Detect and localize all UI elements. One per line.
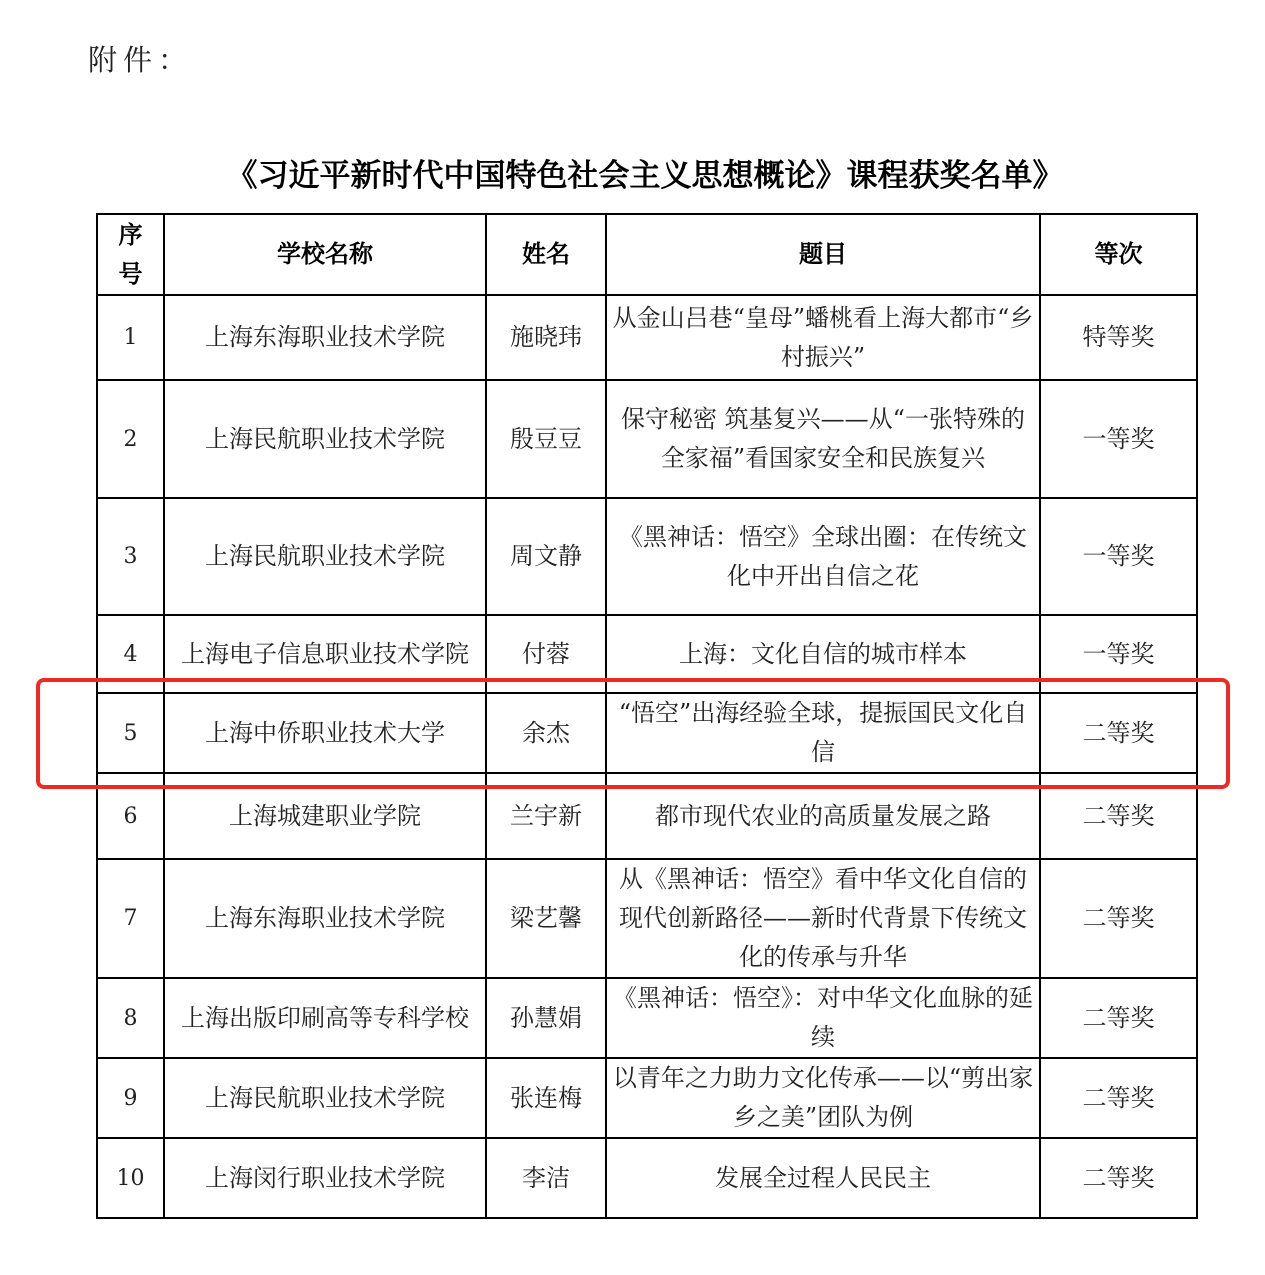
table-row: 6上海城建职业学院兰宇新都市现代农业的高质量发展之路二等奖 [97, 773, 1197, 859]
cell-school: 上海出版印刷高等专科学校 [164, 978, 486, 1058]
cell-name: 付蓉 [486, 615, 606, 693]
table-row: 9上海民航职业技术学院张连梅以青年之力助力文化传承——以“剪出家乡之美”团队为例… [97, 1058, 1197, 1138]
header-seq: 序号 [97, 214, 164, 295]
table-row: 8上海出版印刷高等专科学校孙慧娟《黑神话：悟空》：对中华文化血脉的延续二等奖 [97, 978, 1197, 1058]
cell-award: 一等奖 [1040, 615, 1197, 693]
cell-name: 兰宇新 [486, 773, 606, 859]
cell-school: 上海电子信息职业技术学院 [164, 615, 486, 693]
cell-school: 上海东海职业技术学院 [164, 295, 486, 380]
cell-name: 梁艺馨 [486, 859, 606, 978]
attachment-label: 附件： [88, 38, 193, 79]
cell-award: 一等奖 [1040, 380, 1197, 498]
cell-name: 施晓玮 [486, 295, 606, 380]
table-row: 10上海闵行职业技术学院李洁发展全过程人民民主二等奖 [97, 1138, 1197, 1218]
header-name: 姓名 [486, 214, 606, 295]
cell-seq: 8 [97, 978, 164, 1058]
cell-school: 上海民航职业技术学院 [164, 498, 486, 615]
header-topic: 题目 [606, 214, 1040, 295]
header-school: 学校名称 [164, 214, 486, 295]
cell-seq: 7 [97, 859, 164, 978]
cell-award: 二等奖 [1040, 978, 1197, 1058]
table-row: 4上海电子信息职业技术学院付蓉上海：文化自信的城市样本一等奖 [97, 615, 1197, 693]
cell-topic: 从金山吕巷“皇母”蟠桃看上海大都市“乡村振兴” [606, 295, 1040, 380]
cell-topic: 保守秘密 筑基复兴——从“一张特殊的全家福”看国家安全和民族复兴 [606, 380, 1040, 498]
table-row: 1上海东海职业技术学院施晓玮从金山吕巷“皇母”蟠桃看上海大都市“乡村振兴”特等奖 [97, 295, 1197, 380]
cell-school: 上海中侨职业技术大学 [164, 693, 486, 773]
cell-seq: 3 [97, 498, 164, 615]
cell-award: 二等奖 [1040, 1058, 1197, 1138]
cell-topic: 上海：文化自信的城市样本 [606, 615, 1040, 693]
cell-name: 殷豆豆 [486, 380, 606, 498]
cell-school: 上海民航职业技术学院 [164, 1058, 486, 1138]
cell-seq: 9 [97, 1058, 164, 1138]
cell-seq: 2 [97, 380, 164, 498]
document-title: 《习近平新时代中国特色社会主义思想概论》课程获奖名单》 [0, 150, 1265, 195]
cell-seq: 6 [97, 773, 164, 859]
cell-topic: 都市现代农业的高质量发展之路 [606, 773, 1040, 859]
table-row: 3上海民航职业技术学院周文静《黑神话：悟空》全球出圈：在传统文化中开出自信之花一… [97, 498, 1197, 615]
cell-seq: 1 [97, 295, 164, 380]
header-award: 等次 [1040, 214, 1197, 295]
cell-award: 二等奖 [1040, 859, 1197, 978]
cell-award: 二等奖 [1040, 1138, 1197, 1218]
table-row: 2上海民航职业技术学院殷豆豆保守秘密 筑基复兴——从“一张特殊的全家福”看国家安… [97, 380, 1197, 498]
cell-seq: 4 [97, 615, 164, 693]
cell-school: 上海城建职业学院 [164, 773, 486, 859]
cell-name: 孙慧娟 [486, 978, 606, 1058]
cell-award: 一等奖 [1040, 498, 1197, 615]
cell-topic: 以青年之力助力文化传承——以“剪出家乡之美”团队为例 [606, 1058, 1040, 1138]
header-seq-line1: 序 [119, 221, 143, 249]
cell-topic: 《黑神话：悟空》：对中华文化血脉的延续 [606, 978, 1040, 1058]
cell-name: 张连梅 [486, 1058, 606, 1138]
cell-name: 周文静 [486, 498, 606, 615]
cell-topic: “悟空”出海经验全球，提振国民文化自信 [606, 693, 1040, 773]
cell-name: 余杰 [486, 693, 606, 773]
awards-table: 序号 学校名称 姓名 题目 等次 1上海东海职业技术学院施晓玮从金山吕巷“皇母”… [96, 213, 1198, 1219]
table-row: 5上海中侨职业技术大学余杰“悟空”出海经验全球，提振国民文化自信二等奖 [97, 693, 1197, 773]
cell-award: 二等奖 [1040, 693, 1197, 773]
cell-award: 特等奖 [1040, 295, 1197, 380]
cell-school: 上海闵行职业技术学院 [164, 1138, 486, 1218]
cell-name: 李洁 [486, 1138, 606, 1218]
cell-school: 上海民航职业技术学院 [164, 380, 486, 498]
cell-award: 二等奖 [1040, 773, 1197, 859]
table-header-row: 序号 学校名称 姓名 题目 等次 [97, 214, 1197, 295]
cell-topic: 《黑神话：悟空》全球出圈：在传统文化中开出自信之花 [606, 498, 1040, 615]
table-row: 7上海东海职业技术学院梁艺馨从《黑神话：悟空》看中华文化自信的现代创新路径——新… [97, 859, 1197, 978]
cell-seq: 10 [97, 1138, 164, 1218]
header-seq-line2: 号 [119, 260, 143, 288]
cell-topic: 发展全过程人民民主 [606, 1138, 1040, 1218]
cell-school: 上海东海职业技术学院 [164, 859, 486, 978]
cell-seq: 5 [97, 693, 164, 773]
cell-topic: 从《黑神话：悟空》看中华文化自信的现代创新路径——新时代背景下传统文化的传承与升… [606, 859, 1040, 978]
